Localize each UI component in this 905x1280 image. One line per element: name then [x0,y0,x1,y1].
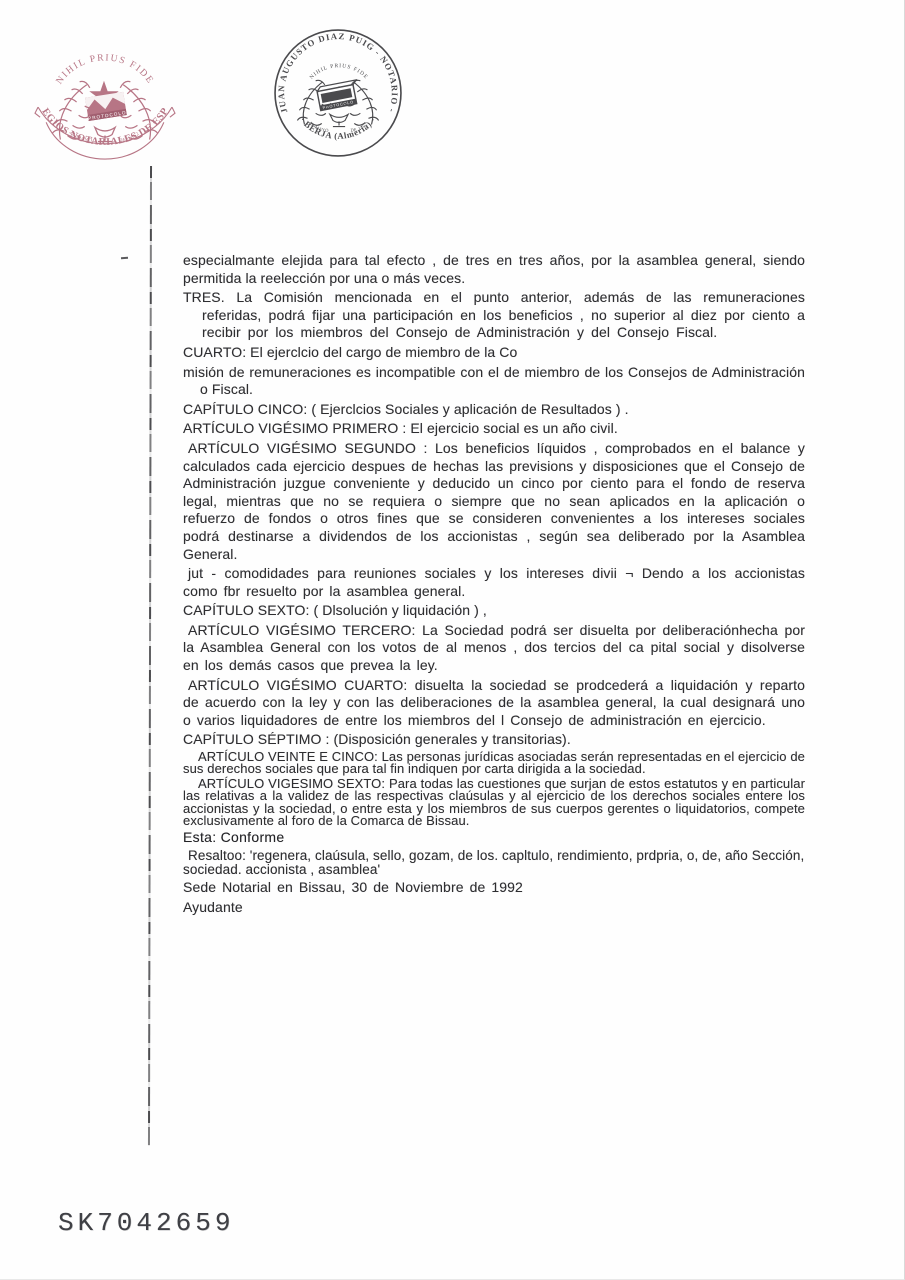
paragraph: ARTÍCULO VIGÉSIMO TERCERO: La Sociedad p… [183,622,805,675]
paragraph: ARTÍCULO VIGESIMO SEXTO: Para todas las … [183,778,805,828]
seal-bottom-text: · BERJA (Almería) · [298,115,378,141]
paragraph: TRES. La Comisión mencionada en el punto… [183,289,805,342]
notary-seal-stamp: JUAN AUGUSTO DIAZ PUIG - NOTARIO - · BER… [272,27,404,159]
document-body: especialmante elejida para tal efecto , … [183,252,805,919]
paragraph: CAPÍTULO SÉPTIMO : (Disposición generale… [183,731,805,749]
goblet-icon [330,114,348,126]
stray-mark [121,257,128,259]
paragraph: ARTÍCULO VIGÉSIMO PRIMERO : El ejercicio… [183,420,805,438]
paragraph: ARTÍCULO VIGÉSIMO CUARTO: disuelta la so… [183,677,805,730]
serial-number: SK7042659 [58,1208,234,1238]
paragraph: ARTÍCULO VEINTE E CINCO: Las personas ju… [183,751,805,776]
paragraph: Ayudante [183,899,805,917]
paragraph: jut - comodidades para reuniones sociale… [183,565,805,600]
paragraph: Sede Notarial en Bissau, 30 de Noviembre… [183,879,805,897]
notarial-college-stamp: NIHIL PRIUS FIDE PROTOCOLO [34,34,176,166]
svg-text:NIHIL PRIUS FIDE: NIHIL PRIUS FIDE [309,63,369,81]
paragraph: misión de remuneraciones es incompatible… [183,364,805,399]
stamp-motto: NIHIL PRIUS FIDE [54,52,156,86]
svg-text:· BERJA (Almería) ·: · BERJA (Almería) · [298,115,378,141]
paragraph: Resaltoo: 'regenera, claúsula, sello, go… [183,849,805,877]
paragraph: CAPÍTULO CINCO: ( Ejerclcios Sociales y … [183,401,805,419]
document-page: NIHIL PRIUS FIDE PROTOCOLO [0,0,905,1280]
paragraph: ARTÍCULO VIGÉSIMO SEGUNDO : Los benefici… [183,440,805,563]
svg-text:NIHIL PRIUS FIDE: NIHIL PRIUS FIDE [54,52,156,86]
protocol-book-icon: PROTOCOLO [316,80,360,111]
protocol-book-icon: PROTOCOLO [85,92,127,121]
seal-motto: NIHIL PRIUS FIDE [309,63,369,81]
page-fold-line [148,166,152,1146]
paragraph: Esta: Conforme [183,829,805,847]
paragraph: especialmante elejida para tal efecto , … [183,252,805,287]
paragraph: CAPÍTULO SEXTO: ( Dlsolución y liquidaci… [183,602,805,620]
paragraph: CUARTO: El ejerclcio del cargo de miembr… [183,344,805,362]
